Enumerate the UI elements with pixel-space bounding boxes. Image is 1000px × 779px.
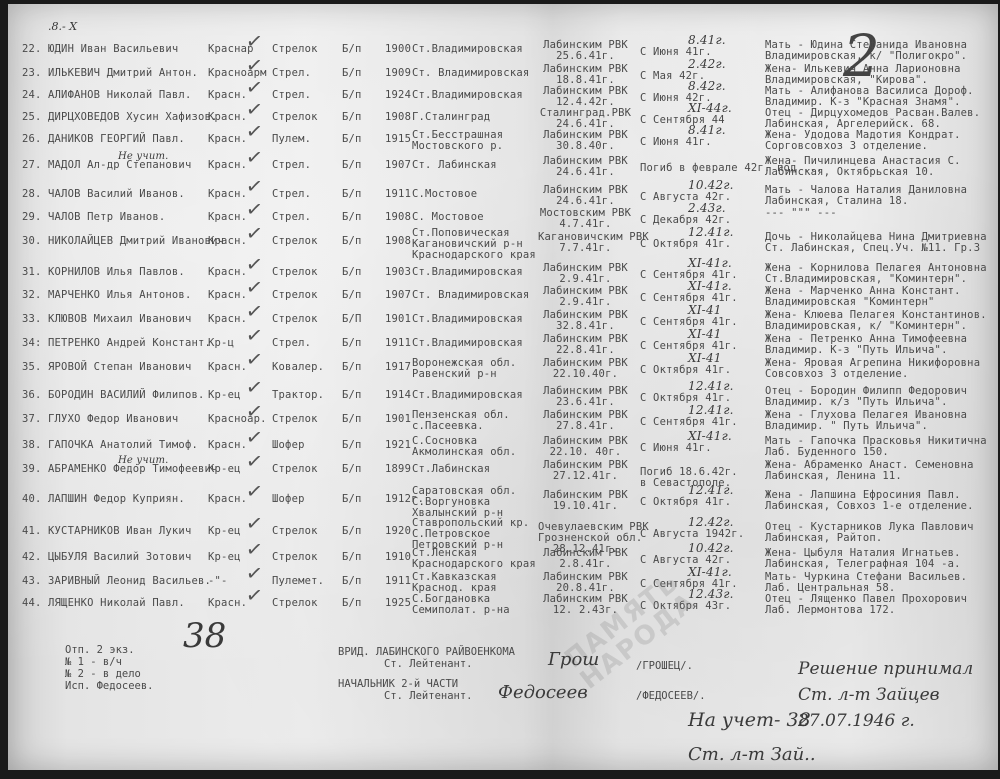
birthplace: Саратовская обл. С.Воргуновка Хвалынский… [412,486,516,519]
party-status: Б/п [342,112,362,123]
conscription-office: Лабинским РВК 22.10. 40г. [538,436,633,458]
party-status: Б/п [342,390,362,401]
checkmark-icon: ✓ [245,35,263,48]
checkmark-icon: ✓ [245,567,263,580]
conscription-office: Лабинским РВК 2.9.41г. [538,286,633,308]
conscription-office: Лабинским РВК 25.6.41г. [538,40,633,62]
handwritten-date: 12.41г. [688,485,734,496]
conscription-office: Лабинским РВК 22.10.40г. [538,358,633,380]
next-of-kin: Мать - Алифанова Василиса Дороф. Владими… [765,86,974,108]
full-name: ДАНИКОВ ГЕОРГИЙ Павл. [48,134,185,145]
row-number: 35. [22,362,42,373]
role: Стрел. [272,189,311,200]
missing-since: С Июня 41г. [640,443,712,454]
birth-year: 1901 [385,414,411,425]
missing-since: С Июня 41г. [640,137,712,148]
full-name: ПЕТРЕНКО Андрей Констант. [48,338,211,349]
birth-year: 1903 [385,267,411,278]
checkmark-icon: ✓ [245,103,263,116]
checkmark-icon: ✓ [245,329,263,342]
birth-year: 1925 [385,598,411,609]
role: Стрелок [272,267,318,278]
party-status: Б/п [342,189,362,200]
checkmark-icon: ✓ [245,381,263,394]
row-number: 32. [22,290,42,301]
conscription-office: Лабинским РВК 20.8.41г. [538,572,633,594]
rank: Кр-ец [208,390,241,401]
birth-year: 1914 [385,390,411,401]
party-status: Б/п [342,526,362,537]
birthplace: Ст.Владимировская [412,267,523,278]
full-name: АЛИФАНОВ Николай Павл. [48,90,191,101]
birthplace: С. Мостовое [412,212,484,223]
missing-since: С Октября 41г. [640,365,731,376]
conscription-office: Лабинским РВК 32.8.41г. [538,310,633,332]
signatory-title-1: ВРИД. ЛАБИНСКОГО РАЙВОЕНКОМА [338,646,515,658]
handwritten-date: XI-41 [688,305,722,316]
dispatch-block: Отп. 2 экз. № 1 - в/ч № 2 - в дело Исп. … [65,644,154,692]
birthplace: Пензенская обл. с.Пасеевка. [412,410,510,432]
party-status: Б/п [342,494,362,505]
full-name: ЮДИН Иван Васильевич [48,44,178,55]
rank: Кр-ец [208,464,241,475]
row-number: 33. [22,314,42,325]
role: Стрелок [272,598,318,609]
birthplace: Ст.Бесстрашная Мостовского р. [412,130,503,152]
checkmark-icon: ✓ [245,517,263,530]
checkmark-icon: ✓ [245,405,263,418]
role: Стрелок [272,314,318,325]
full-name: НИКОЛАЙЦЕВ Дмитрий Иванович [48,236,224,247]
role: Стрелок [272,526,318,537]
party-status: Б/п [342,598,362,609]
role: Стрелок [272,552,318,563]
document-page: 2 .8.- X 22.ЮДИН Иван ВасильевичКраснар✓… [8,4,998,770]
checkmark-icon: ✓ [245,353,263,366]
next-of-kin: Жена - Корнилова Пелагея Антоновна Ст.Вл… [765,263,987,285]
role: Стрел. [272,338,311,349]
role: Стрелок [272,464,318,475]
signatory-rank-2: Ст. Лейтенант. [384,690,473,702]
handwritten-date: 10.42г. [688,180,734,191]
full-name: ЛАПШИН Федор Куприян. [48,494,185,505]
birthplace: Воронежская обл. Равенский р-н [412,358,516,380]
full-name: ДИРЦХОВЕДОВ Хусин Хафизов. [48,112,218,123]
full-name: ГАПОЧКА Анатолий Тимоф. [48,440,198,451]
birth-year: 1907 [385,160,411,171]
role: Стрелок [272,236,318,247]
birthplace: С.Богдановка Семиполат. р-на [412,594,510,616]
handwritten-date: 8.42г. [688,81,726,92]
next-of-kin: Отец - Бородин Филипп Федорович Владимир… [765,386,967,408]
handwritten-note: Не учит. [118,151,169,162]
birth-year: 1915 [385,134,411,145]
checkmark-icon: ✓ [245,203,263,216]
birthplace: Ст.Владимировская [412,90,523,101]
full-name: КУСТАРНИКОВ Иван Лукич [48,526,191,537]
conscription-office: Лабинским РВК 19.10.41г. [538,490,633,512]
handwritten-on-record: На учет- 38 [688,709,811,731]
handwritten-date: 12.41г. [688,227,734,238]
party-status: Б/п [342,90,362,101]
full-name: ЦЫБУЛЯ Василий Зотович [48,552,191,563]
role: Стрелок [272,112,318,123]
next-of-kin: Жена- Цыбуля Наталия Игнатьев. Лабинская… [765,548,961,570]
party-status: Б/П [342,314,362,325]
row-number: 29. [22,212,42,223]
birthplace: Г.Сталинград [412,112,490,123]
checkmark-icon: ✓ [245,589,263,602]
checkmark-icon: ✓ [245,151,263,164]
birthplace: Ст.Поповическая Кагановичский р-н Красно… [412,228,536,261]
row-number: 37. [22,414,42,425]
rank: Красн. [208,494,247,505]
conscription-office: Лабинским РВК 18.8.41г. [538,64,633,86]
next-of-kin: Дочь - Николайцева Нина Дмитриевна Ст. Л… [765,232,987,254]
next-of-kin: Мать - Чалова Наталия Даниловна Лабинска… [765,185,967,207]
checkmark-icon: ✓ [245,281,263,294]
birth-year: 1901 [385,314,411,325]
role: Ковалер. [272,362,324,373]
handwritten-count: 38 [183,616,226,656]
conscription-office: Лабинским РВК 30.8.40г. [538,130,633,152]
next-of-kin: Жена- Илькевич Анна Ларионовна Владимиро… [765,64,961,86]
birth-year: 1899 [385,464,411,475]
birthplace: Ст.Владимировская [412,314,523,325]
role: Трактор. [272,390,324,401]
party-status: Б/п [342,212,362,223]
next-of-kin: Жена- Удодова Мадотия Кондрат. Сорговсов… [765,130,961,152]
role: Стрелок [272,290,318,301]
birth-year: 1908 [385,112,411,123]
signatory-name-2: /ФЕДОСЕЕВ/. [636,690,706,702]
party-status: Б/п [342,576,362,587]
handwritten-date: 12.41г. [688,381,734,392]
full-name: ЧАЛОВ Василий Иванов. [48,189,185,200]
handwritten-date: 8.41г. [688,125,726,136]
missing-since: С Августа 1942г. [640,529,744,540]
handwritten-date: XI-41г. [688,281,732,292]
conscription-office: Сталинград.РВК 24.6.41г. [538,108,633,130]
handwritten-date: 8.41г. [688,35,726,46]
party-status: Б/п [342,290,362,301]
rank: Красн. [208,90,247,101]
party-status: Б/п [342,414,362,425]
role: Стрелок [272,44,318,55]
birth-year: 1908 [385,212,411,223]
conscription-office: Мостовским РВК 4.7.41г. [538,208,633,230]
row-number: 39. [22,464,42,475]
role: Шофер [272,494,305,505]
birthplace: Ст.Владимировская [412,338,523,349]
missing-since: С Сентября 41г. [640,417,738,428]
role: Стрел. [272,212,311,223]
rank: Красн. [208,112,247,123]
birthplace: Ст.Лабинская [412,464,490,475]
party-status: Б/п [342,440,362,451]
handwritten-date: XI-41г. [688,258,732,269]
missing-since: С Октября 41г. [640,497,731,508]
next-of-kin: Жена- Пичилинцева Анастасия С. Лабинская… [765,156,961,178]
handwritten-date: 2.42г. [688,59,726,70]
full-name: МАРЧЕНКО Илья Антонов. [48,290,191,301]
next-of-kin: Жена- Абраменко Анаст. Семеновна Лабинск… [765,460,974,482]
row-number: 31. [22,267,42,278]
row-number: 22. [22,44,42,55]
rank: -"- [208,576,228,587]
role: Стрел. [272,68,311,79]
full-name: ЧАЛОВ Петр Иванов. [48,212,165,223]
next-of-kin: Жена - Петренко Анна Тимофеевна Владимир… [765,334,967,356]
birth-year: 1920 [385,526,411,537]
next-of-kin: Жена - Лапшина Ефросиния Павл. Лабинская… [765,490,974,512]
party-status: Б/п [342,134,362,145]
birth-year: 1911 [385,338,411,349]
birthplace: С.Мостовое [412,189,477,200]
checkmark-icon: ✓ [245,431,263,444]
checkmark-icon: ✓ [245,81,263,94]
party-status: Б/п [342,68,362,79]
handwritten-date: XI-41 [688,329,722,340]
handwritten-date: 2.43г. [688,203,726,214]
role: Стрел. [272,160,311,171]
party-status: Б/п [342,267,362,278]
birth-year: 1910 [385,552,411,563]
birth-year: 1900 [385,44,411,55]
role: Шофер [272,440,305,451]
birth-year: 1911 [385,189,411,200]
row-number: 43. [22,576,42,587]
birthplace: Ст.Владимировская [412,390,523,401]
row-number: 41. [22,526,42,537]
role: Пулемет. [272,576,324,587]
birthplace: Ст. Владимировская [412,68,529,79]
row-number: 40. [22,494,42,505]
full-name: КЛЮВОВ Михаил Иванович [48,314,191,325]
conscription-office: Лабинским РВК 23.6.41г. [538,386,633,408]
party-status: Б/п [342,44,362,55]
checkmark-icon: ✓ [245,455,263,468]
rank: Красн. [208,440,247,451]
full-name: ГЛУХО Федор Иванович [48,414,178,425]
full-name: ЗАРИВНЫЙ Леонид Васильев. [48,576,211,587]
rank: Красн. [208,362,247,373]
birth-year: 1924 [385,90,411,101]
conscription-office: Лабинским РВК 27.8.41г. [538,410,633,432]
row-number: 23. [22,68,42,79]
rank: Красн. [208,290,247,301]
rank: Кр-ец [208,552,241,563]
row-number: 36. [22,390,42,401]
rank: Красн. [208,314,247,325]
conscription-office: Лабинским РВК 22.8.41г. [538,334,633,356]
birthplace: Ст.Владимировская [412,44,523,55]
handwritten-signature-bottom: Ст. л-т Зай.. [688,744,816,765]
rank: Красн. [208,160,247,171]
role: Пулем. [272,134,311,145]
signature-2: Федосеев [498,682,588,703]
conscription-office: Лабинским РВК 24.6.41г. [538,185,633,207]
party-status: Б/п [342,552,362,563]
conscription-office: Лабинским РВК 12.4.42г. [538,86,633,108]
rank: Красн. [208,236,247,247]
full-name: ЛЯЩЕНКО Николай Павл. [48,598,185,609]
rank: Красн. [208,598,247,609]
next-of-kin: Жена- Клюева Пелагея Константинов. Влади… [765,310,987,332]
full-name: КОРНИЛОВ Илья Павлов. [48,267,185,278]
row-number: 34: [22,338,42,349]
checkmark-icon: ✓ [245,485,263,498]
next-of-kin: Мать - Юдина Стефанида Ивановна Владимир… [765,40,967,62]
conscription-office: Лабинским РВК 24.6.41г. [538,156,633,178]
checkmark-icon: ✓ [245,305,263,318]
row-number: 44. [22,598,42,609]
row-number: 42. [22,552,42,563]
birth-year: 1917 [385,362,411,373]
handwritten-date: 10.42г. [688,543,734,554]
row-number: 30. [22,236,42,247]
role: Стрелок [272,414,318,425]
next-of-kin: Мать - Гапочка Прасковья Никитична Лаб. … [765,436,987,458]
role: Стрел. [272,90,311,101]
birth-year: 1907 [385,290,411,301]
full-name: БОРОДИН ВАСИЛИЙ Филипов. [48,390,205,401]
checkmark-icon: ✓ [245,125,263,138]
rank: Красн. [208,267,247,278]
row-number: 27. [22,160,42,171]
handwritten-note: Не учит. [118,455,169,466]
full-name: ИЛЬКЕВИЧ Дмитрий Антон. [48,68,198,79]
checkmark-icon: ✓ [245,59,263,72]
party-status: Б/п [342,464,362,475]
next-of-kin: Отец - Дирцухомедов Расван.Валев. Лабинс… [765,108,980,130]
birthplace: Ст. Лабинская [412,160,497,171]
row-number: 28. [22,189,42,200]
birthplace: Ст.Ленская Краснодарского края [412,548,536,570]
checkmark-icon: ✓ [245,543,263,556]
checkmark-icon: ✓ [245,258,263,271]
next-of-kin: Жена - Глухова Пелагея Ивановна Владимир… [765,410,967,432]
conscription-office: Лабинским РВК 2.8.41г. [538,548,633,570]
checkmark-icon: ✓ [245,180,263,193]
rank: Красн. [208,189,247,200]
birthplace: С.Сосновка Акмолинская обл. [412,436,516,458]
conscription-office: Лабинским РВК 27.12.41г. [538,460,633,482]
birth-year: 1911 [385,576,411,587]
top-mark: .8.- X [48,20,77,33]
row-number: 24. [22,90,42,101]
rank: Кр-ц [208,338,234,349]
conscription-office: Кагановичским РВК 7.7.41г. [538,232,633,254]
party-status: Б/п [342,236,362,247]
handwritten-date: XI-41 [688,353,722,364]
rank: Кр-ец [208,526,241,537]
party-status: Б/п [342,338,362,349]
conscription-office: Лабинским РВК 2.9.41г. [538,263,633,285]
rank: Красн. [208,134,247,145]
missing-since: С Октября 41г. [640,239,731,250]
handwritten-resolution: Решение принимал Ст. л-т Зайцев 27.07.19… [798,656,973,734]
next-of-kin: Отец - Лященко Павел Прохорович Лаб. Лер… [765,594,967,616]
signatory-rank-1: Ст. Лейтенант. [384,658,473,670]
rank: Красн. [208,212,247,223]
birth-year: 1921 [385,440,411,451]
next-of-kin: --- """ --- [765,208,837,219]
party-status: Б/п [342,362,362,373]
next-of-kin: Отец - Кустарников Лука Павлович Лабинск… [765,522,974,544]
handwritten-date: 12.42г. [688,517,734,528]
next-of-kin: Мать- Чуркина Стефани Васильев. Лаб. Цен… [765,572,967,594]
row-number: 25. [22,112,42,123]
row-number: 38. [22,440,42,451]
handwritten-date: XI-41г. [688,431,732,442]
row-number: 26. [22,134,42,145]
handwritten-date: XI-44г. [688,103,732,114]
next-of-kin: Жена- Яровая Агрепина Никифоровна Совсов… [765,358,980,380]
checkmark-icon: ✓ [245,227,263,240]
signatory-title-2: НАЧАЛЬНИК 2-й ЧАСТИ [338,678,458,690]
full-name: ЯРОВОЙ Степан Иванович [48,362,191,373]
birthplace: Ст. Владимировская [412,290,529,301]
signature-1: Грош [548,649,599,670]
handwritten-date: 12.41г. [688,405,734,416]
party-status: Б/п [342,160,362,171]
birth-year: 1909 [385,68,411,79]
birth-year: 1908 [385,236,411,247]
birthplace: Ст.Кавказская Краснод. края [412,572,497,594]
next-of-kin: Жена - Марченко Анна Констант. Владимиро… [765,286,961,308]
signatory-name-1: /ГРОШЕЦ/. [636,660,693,672]
